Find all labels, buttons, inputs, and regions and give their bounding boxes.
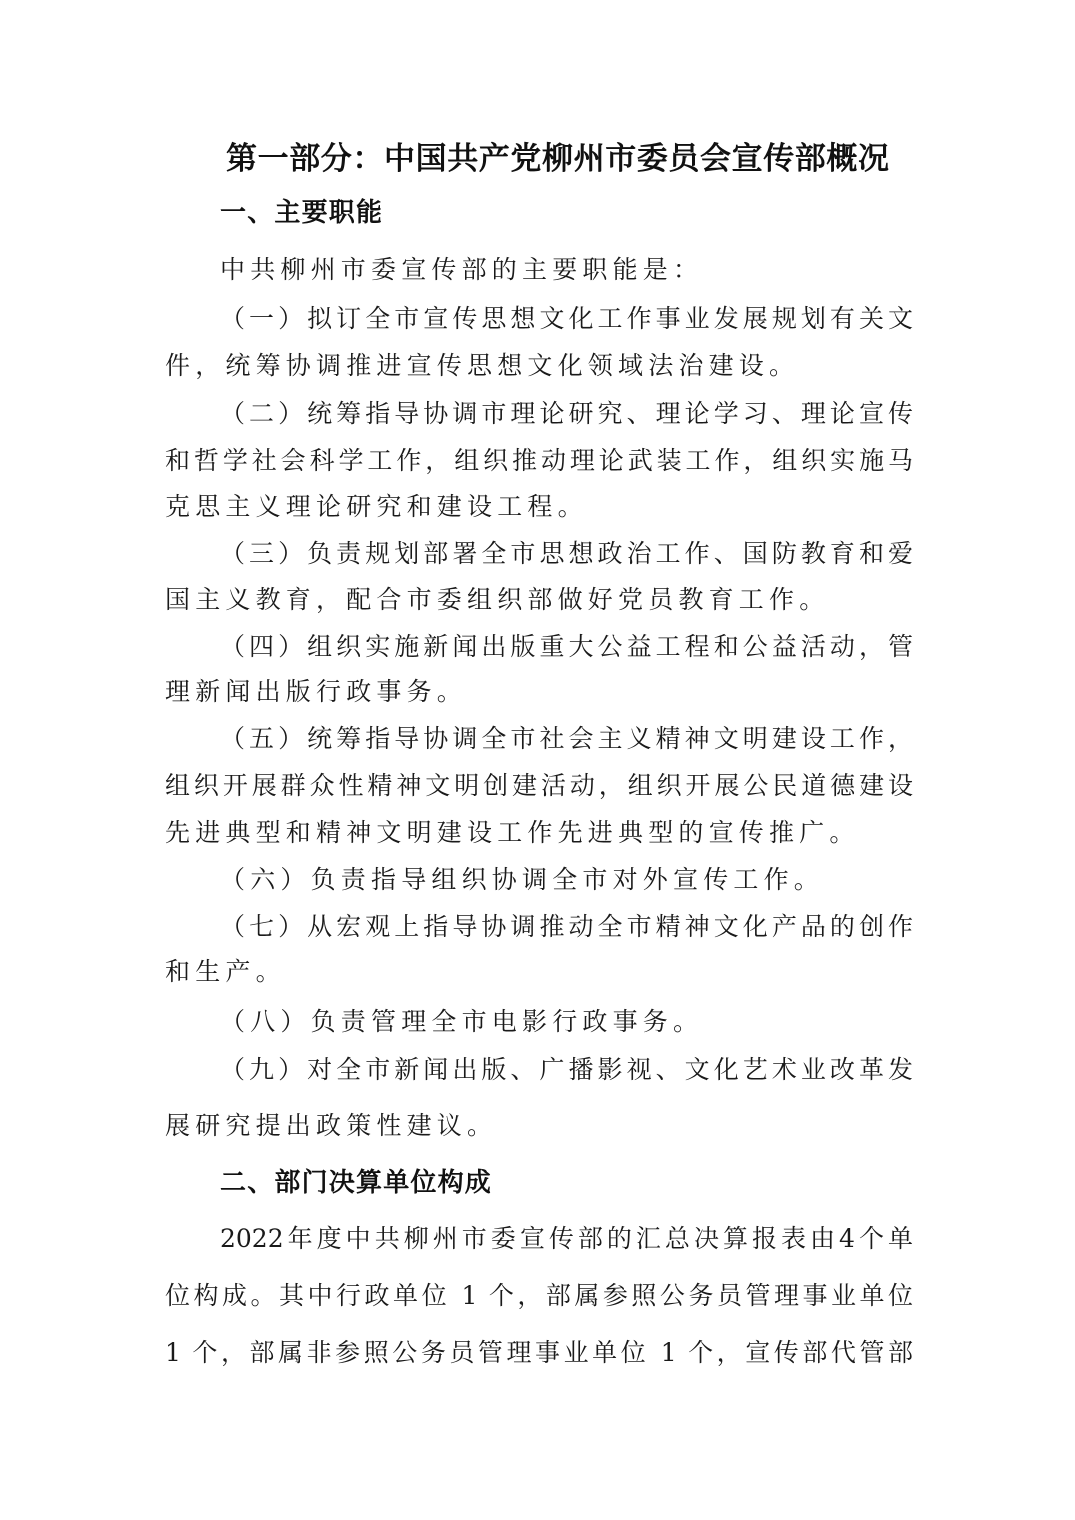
function-item-1-line-2: 件，统筹协调推进宣传思想文化领域法治建设。 <box>165 350 799 382</box>
function-item-2-line-3: 克思主义理论研究和建设工程。 <box>165 491 588 523</box>
function-item-7-line-1: （七）从宏观上指导协调推动全市精神文化产品的创作 <box>220 911 913 943</box>
function-item-4-line-2: 理新闻出版行政事务。 <box>165 676 467 708</box>
unit-composition-line-2: 位构成。其中行政单位 1 个，部属参照公务员管理事业单位 <box>165 1280 913 1312</box>
function-item-5-line-3: 先进典型和精神文明建设工作先进典型的宣传推广。 <box>165 817 860 849</box>
section-heading-unit-composition: 二、部门决算单位构成 <box>220 1166 492 1200</box>
function-item-3-line-1: （三）负责规划部署全市思想政治工作、国防教育和爱 <box>220 538 913 570</box>
function-item-4-line-1: （四）组织实施新闻出版重大公益工程和公益活动，管 <box>220 631 913 663</box>
intro-paragraph: 中共柳州市委宣传部的主要职能是： <box>220 254 703 286</box>
unit-composition-line-1: 2022年度中共柳州市委宣传部的汇总决算报表由4个单 <box>220 1223 913 1255</box>
function-item-9-line-1: （九）对全市新闻出版、广播影视、文化艺术业改革发 <box>220 1054 913 1086</box>
unit-composition-line-3: 1 个，部属非参照公务员管理事业单位 1 个，宣传部代管部 <box>165 1337 913 1369</box>
function-item-1-line-1: （一）拟订全市宣传思想文化工作事业发展规划有关文 <box>220 303 913 335</box>
function-item-8-line-1: （八）负责管理全市电影行政事务。 <box>220 1006 703 1038</box>
function-item-7-line-2: 和生产。 <box>165 956 286 988</box>
function-item-2-line-1: （二）统筹指导协调市理论研究、理论学习、理论宣传 <box>220 398 913 430</box>
section-heading-main-functions: 一、主要职能 <box>220 196 383 230</box>
function-item-6-line-1: （六）负责指导组织协调全市对外宣传工作。 <box>220 864 824 896</box>
function-item-5-line-1: （五）统筹指导协调全市社会主义精神文明建设工作， <box>220 723 913 755</box>
page-title: 第一部分：中国共产党柳州市委员会宣传部概况 <box>226 140 890 178</box>
function-item-9-line-2: 展研究提出政策性建议。 <box>165 1110 497 1142</box>
document-page: 第一部分：中国共产党柳州市委员会宣传部概况 一、主要职能 中共柳州市委宣传部的主… <box>0 0 1075 1520</box>
function-item-5-line-2: 组织开展群众性精神文明创建活动，组织开展公民道德建设 <box>165 770 913 802</box>
function-item-2-line-2: 和哲学社会科学工作，组织推动理论武装工作，组织实施马 <box>165 445 913 477</box>
function-item-3-line-2: 国主义教育，配合市委组织部做好党员教育工作。 <box>165 584 829 616</box>
